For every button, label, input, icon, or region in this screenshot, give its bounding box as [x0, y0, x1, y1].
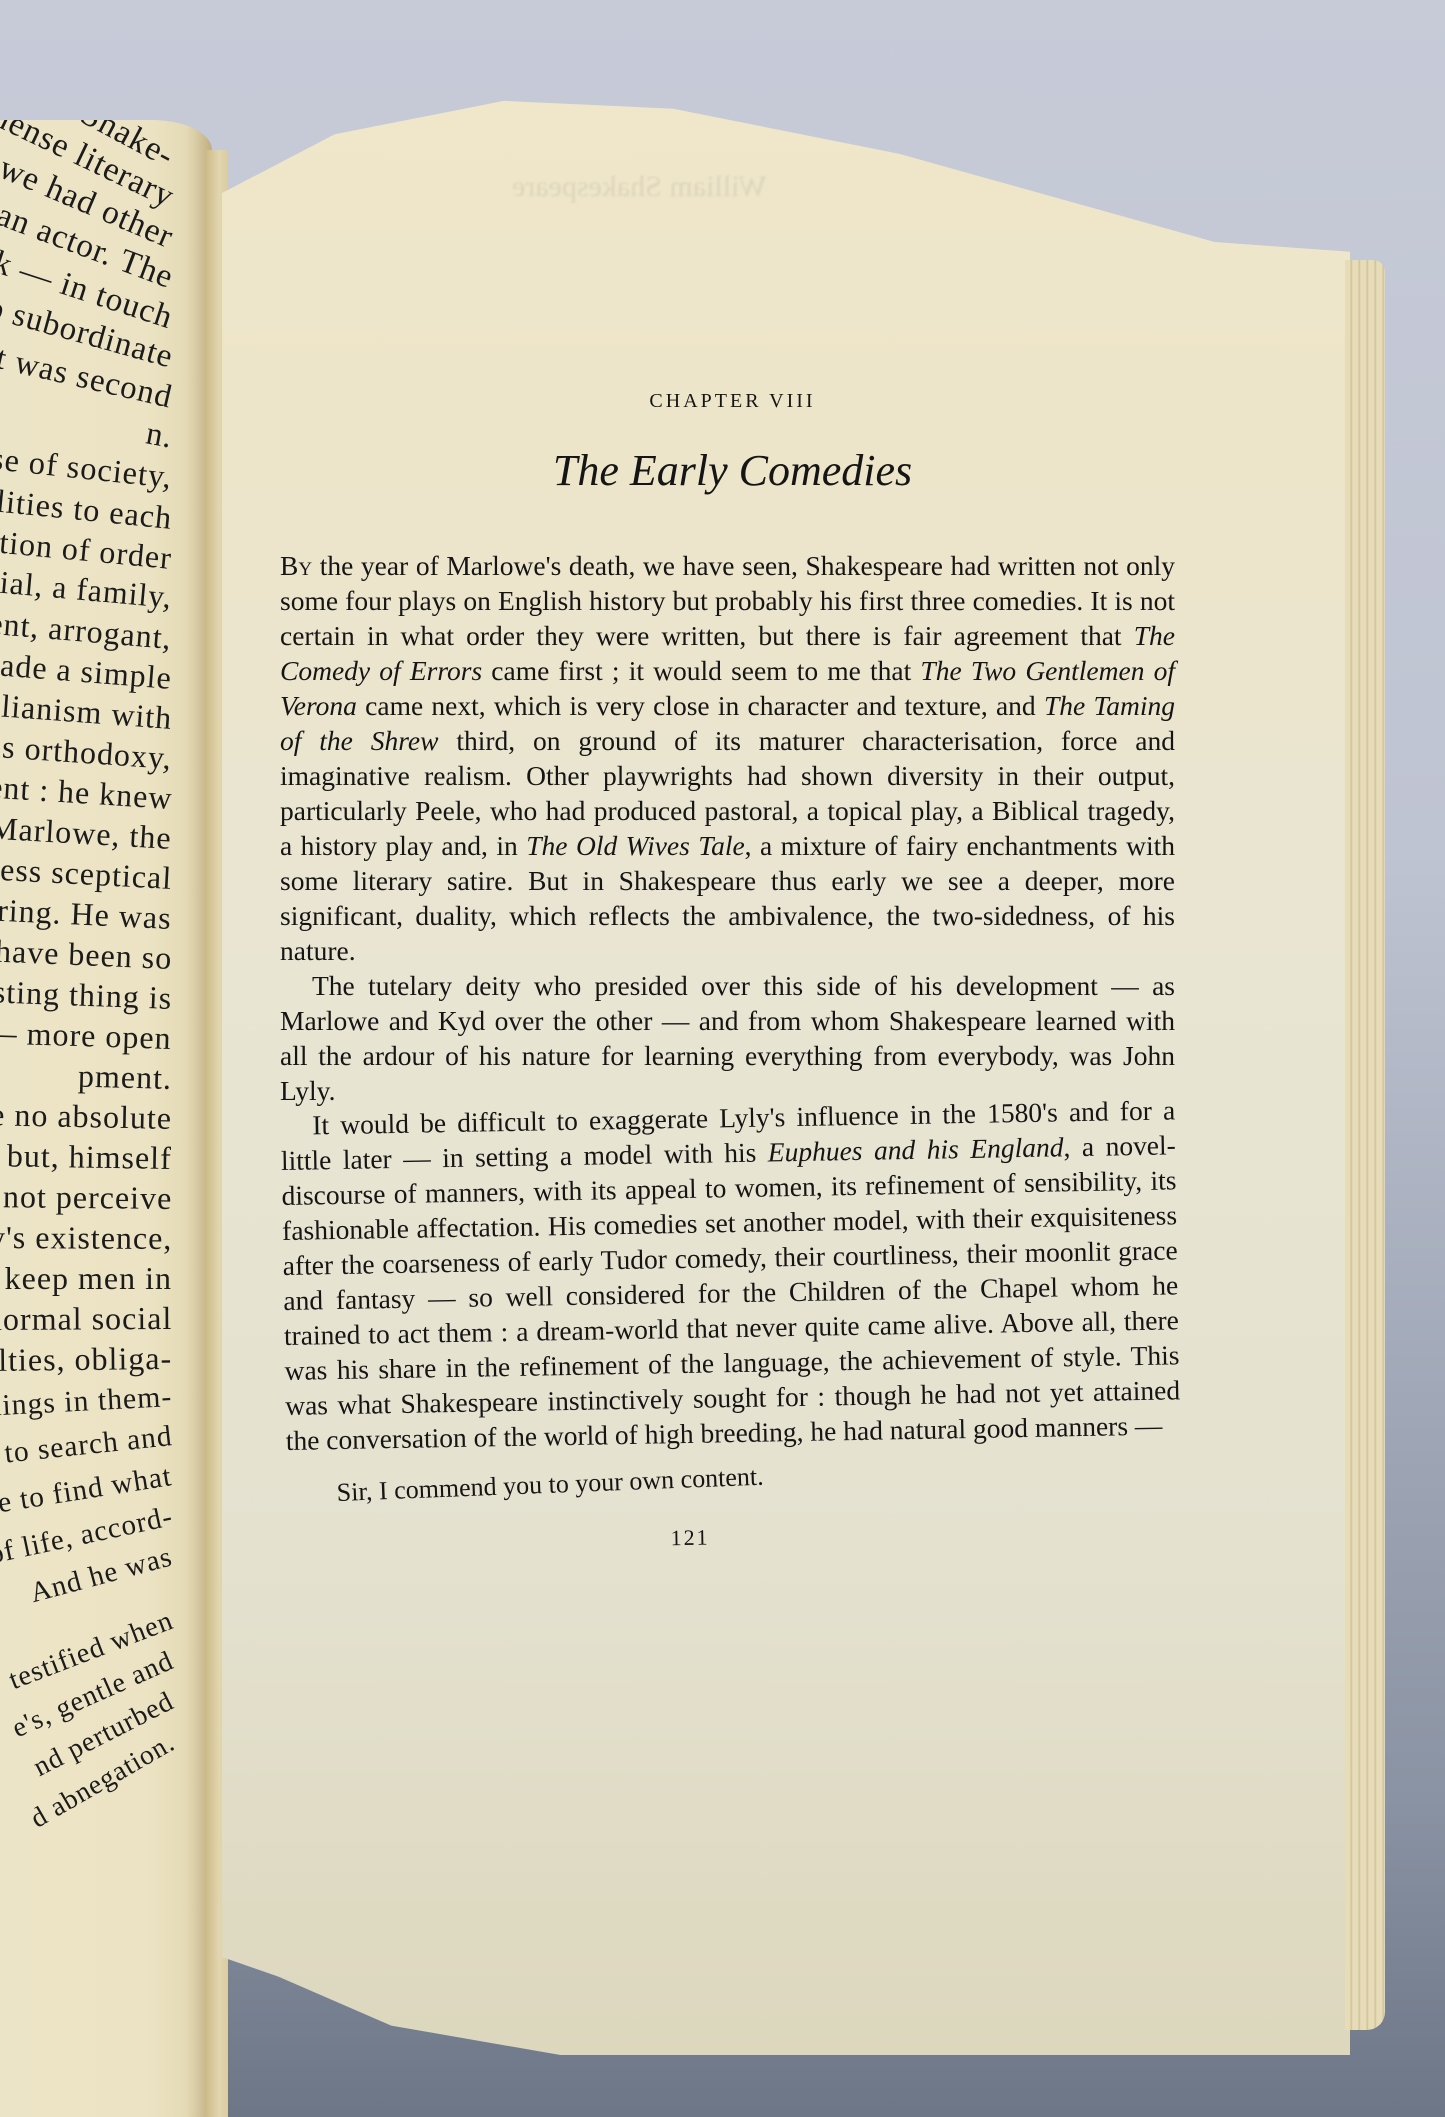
left-page-line: things in them- [0, 1380, 173, 1424]
left-page-line: ; but, himself [0, 1137, 172, 1177]
page-number: 121 [197, 1516, 1182, 1559]
lead-word: By [280, 550, 312, 581]
left-page-text: nic. Yet Shake-immense literaryarlowe ha… [0, 120, 172, 2117]
left-page-line: Marlowe, the [0, 810, 173, 857]
lower-text: It would be difficult to exaggerate Lyly… [280, 1092, 1183, 1558]
text-run: came first ; it would seem to me that [482, 655, 920, 686]
text-run: came next, which is very close in charac… [357, 690, 1044, 721]
left-page-line: ring. He was [0, 892, 173, 937]
text-run: , a novel-discourse of manners, with its… [281, 1129, 1180, 1456]
left-page-line: o keep men in [0, 1260, 172, 1297]
left-page-line: n. [143, 415, 176, 456]
paragraph-2: The tutelary deity who presided over thi… [280, 968, 1175, 1108]
left-page-line: pment. [78, 1058, 173, 1097]
left-page-line: d not perceive [0, 1178, 172, 1217]
chapter-label: CHAPTER VIII [290, 390, 1175, 413]
italic-title: The Old Wives Tale [526, 830, 744, 861]
bleed-through-header: William Shakespeare [512, 170, 767, 204]
left-page-line: resting thing is [0, 972, 173, 1017]
left-page-line: a less sceptical [0, 849, 173, 897]
text-run: the year of Marlowe's death, we have see… [280, 550, 1175, 651]
left-page-line: ety's existence, [0, 1219, 172, 1257]
left-page-line: yalties, obliga- [0, 1340, 172, 1379]
page-edges [1345, 260, 1385, 2030]
left-page-line: normal social [0, 1300, 172, 1338]
page-text-block: CHAPTER VIII The Early Comedies By the y… [280, 390, 1175, 1558]
left-page-line: y have been so [0, 932, 173, 977]
paragraph-1: By the year of Marlowe's death, we have … [280, 548, 1175, 968]
paragraph-3: It would be difficult to exaggerate Lyly… [280, 1092, 1181, 1458]
left-page: nic. Yet Shake-immense literaryarlowe ha… [0, 120, 212, 2117]
left-page-line: ave no absolute [0, 1096, 172, 1137]
left-page-line: ent : he knew [0, 768, 173, 817]
left-page-line: r — more open [0, 1013, 173, 1057]
chapter-title: The Early Comedies [290, 445, 1175, 496]
italic-title: Euphues and his England [767, 1131, 1063, 1167]
